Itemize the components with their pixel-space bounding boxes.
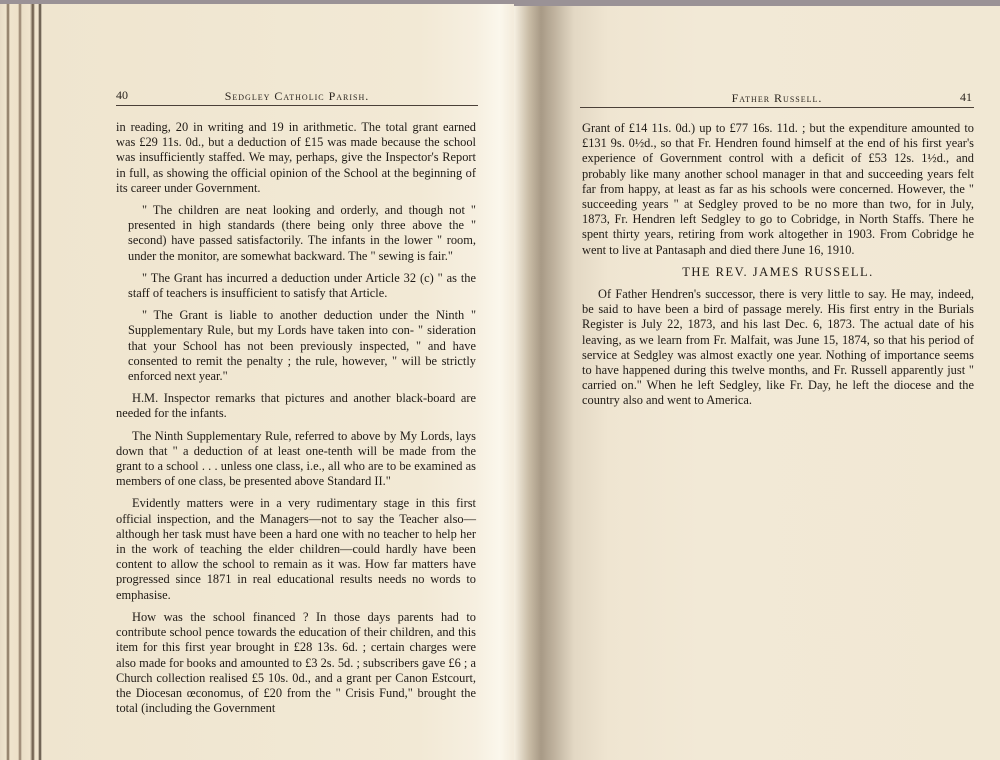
- right-page-body: Grant of £14 11s. 0d.) up to £77 16s. 11…: [582, 121, 974, 416]
- page-edges: [0, 4, 42, 760]
- quoted-report: " The children are neat looking and orde…: [116, 203, 476, 264]
- book-gutter: [514, 6, 574, 760]
- right-running-head: Father Russell. 41: [580, 88, 974, 108]
- quoted-report: " The Grant is liable to another deducti…: [116, 308, 476, 384]
- left-running-head: 40 Sedgley Catholic Parish.: [116, 86, 478, 106]
- paragraph: in reading, 20 in writing and 19 in arit…: [116, 120, 476, 196]
- page-number: 41: [960, 90, 972, 105]
- paragraph: Evidently matters were in a very rudimen…: [116, 496, 476, 602]
- section-heading: THE REV. JAMES RUSSELL.: [582, 265, 974, 280]
- quoted-report: " The Grant has incurred a deduction und…: [116, 271, 476, 301]
- paragraph: How was the school financed ? In those d…: [116, 610, 476, 716]
- book-spread: 40 Sedgley Catholic Parish. in reading, …: [0, 0, 1000, 760]
- paragraph: The Ninth Supplementary Rule, referred t…: [116, 429, 476, 490]
- paragraph: Grant of £14 11s. 0d.) up to £77 16s. 11…: [582, 121, 974, 258]
- paragraph: H.M. Inspector remarks that pictures and…: [116, 391, 476, 421]
- left-page-body: in reading, 20 in writing and 19 in arit…: [116, 120, 476, 723]
- running-title: Sedgley Catholic Parish.: [116, 89, 478, 104]
- running-title: Father Russell.: [580, 91, 974, 106]
- paragraph: Of Father Hendren's successor, there is …: [582, 287, 974, 409]
